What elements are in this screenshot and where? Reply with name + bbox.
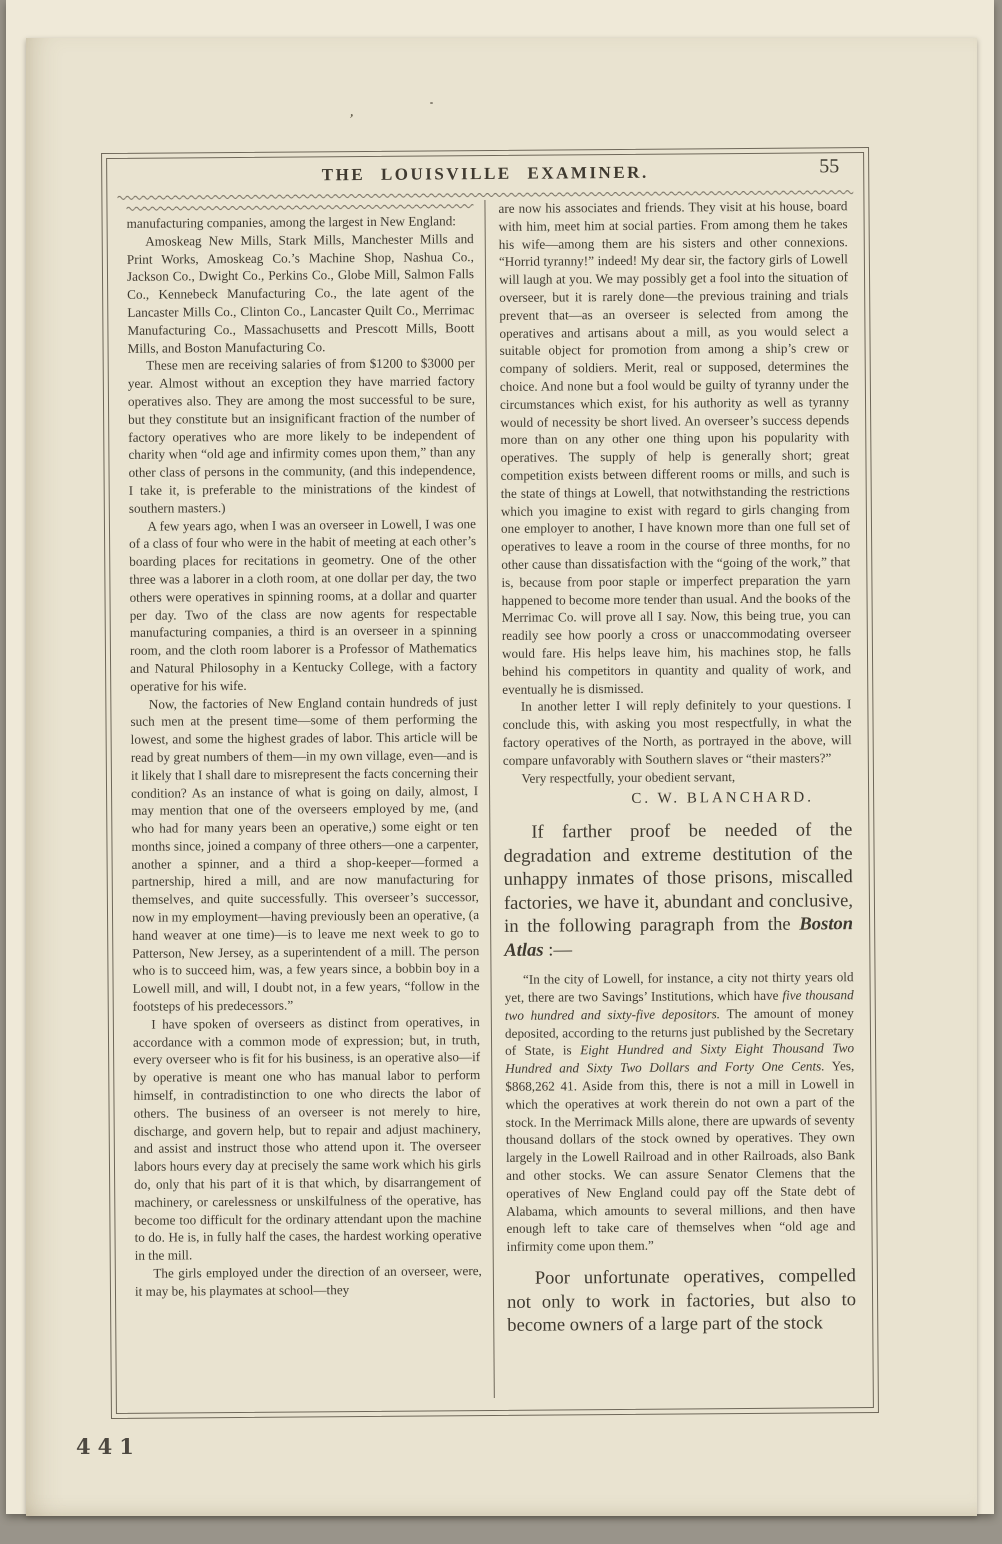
text-segment: I have spoken of overseers as distinct f…	[133, 1014, 482, 1263]
paragraph: Now, the factories of New England contai…	[130, 693, 480, 1016]
paragraph: These men are receiving salaries of from…	[128, 354, 476, 517]
page-border-frame: THE LOUISVILLE EXAMINER. 55 manufacturin…	[101, 147, 879, 1419]
wavy-rule	[126, 203, 473, 212]
text-segment: are now his associates and friends. They…	[498, 198, 851, 696]
article-columns: manufacturing companies, among the large…	[117, 197, 862, 1401]
paragraph: I have spoken of overseers as distinct f…	[133, 1013, 482, 1265]
newspaper-title: THE LOUISVILLE EXAMINER.	[117, 161, 853, 187]
text-segment: These men are receiving salaries of from…	[128, 355, 476, 515]
ink-speck: ’	[346, 112, 354, 130]
text-segment: In another letter I will reply definitel…	[502, 696, 851, 767]
left-column-text: manufacturing companies, among the large…	[127, 212, 483, 1300]
text-segment: :—	[544, 939, 573, 960]
text-segment: Now, the factories of New England contai…	[130, 694, 479, 1014]
paragraph: C. W. BLANCHARD.	[503, 787, 852, 810]
text-segment: C. W. BLANCHARD.	[631, 790, 814, 807]
text-segment: Yes, $868,262 41. Aside from this, there…	[505, 1058, 855, 1254]
paragraph: The girls employed under the direction o…	[135, 1262, 482, 1300]
text-segment: Very respectfully, your obedient servant…	[521, 769, 735, 786]
ink-speck	[430, 102, 433, 104]
newspaper-page: ’ THE LOUISVILLE EXAMINER. 55	[26, 38, 977, 1516]
masthead: THE LOUISVILLE EXAMINER. 55	[117, 155, 853, 195]
right-column-text: are now his associates and friends. They…	[498, 197, 856, 1337]
paragraph: Amoskeag New Mills, Stark Mills, Manches…	[127, 230, 475, 357]
paragraph: Poor unfortunate operatives, compelled n…	[507, 1264, 857, 1337]
text-segment: The girls employed under the direction o…	[135, 1263, 482, 1299]
right-column: are now his associates and friends. They…	[485, 197, 862, 1398]
paragraph: “In the city of Lowell, for instance, a …	[504, 968, 855, 1255]
paragraph: In another letter I will reply definitel…	[502, 695, 852, 769]
page-border-frame-inner: THE LOUISVILLE EXAMINER. 55 manufacturin…	[106, 152, 874, 1414]
text-segment: manufacturing companies, among the large…	[127, 213, 456, 231]
paragraph: A few years ago, when I was an overseer …	[129, 515, 477, 696]
page-number: 55	[819, 155, 839, 178]
folio-number: 441	[76, 1434, 141, 1459]
left-column: manufacturing companies, among the large…	[117, 200, 494, 1401]
paragraph: are now his associates and friends. They…	[498, 197, 851, 698]
paragraph: If farther proof be needed of the degrad…	[503, 818, 853, 962]
text-segment: Amoskeag New Mills, Stark Mills, Manches…	[127, 231, 475, 356]
text-segment: Poor unfortunate operatives, compelled n…	[507, 1265, 856, 1336]
paragraph: Very respectfully, your obedient servant…	[503, 767, 852, 788]
text-segment: A few years ago, when I was an overseer …	[129, 516, 477, 694]
